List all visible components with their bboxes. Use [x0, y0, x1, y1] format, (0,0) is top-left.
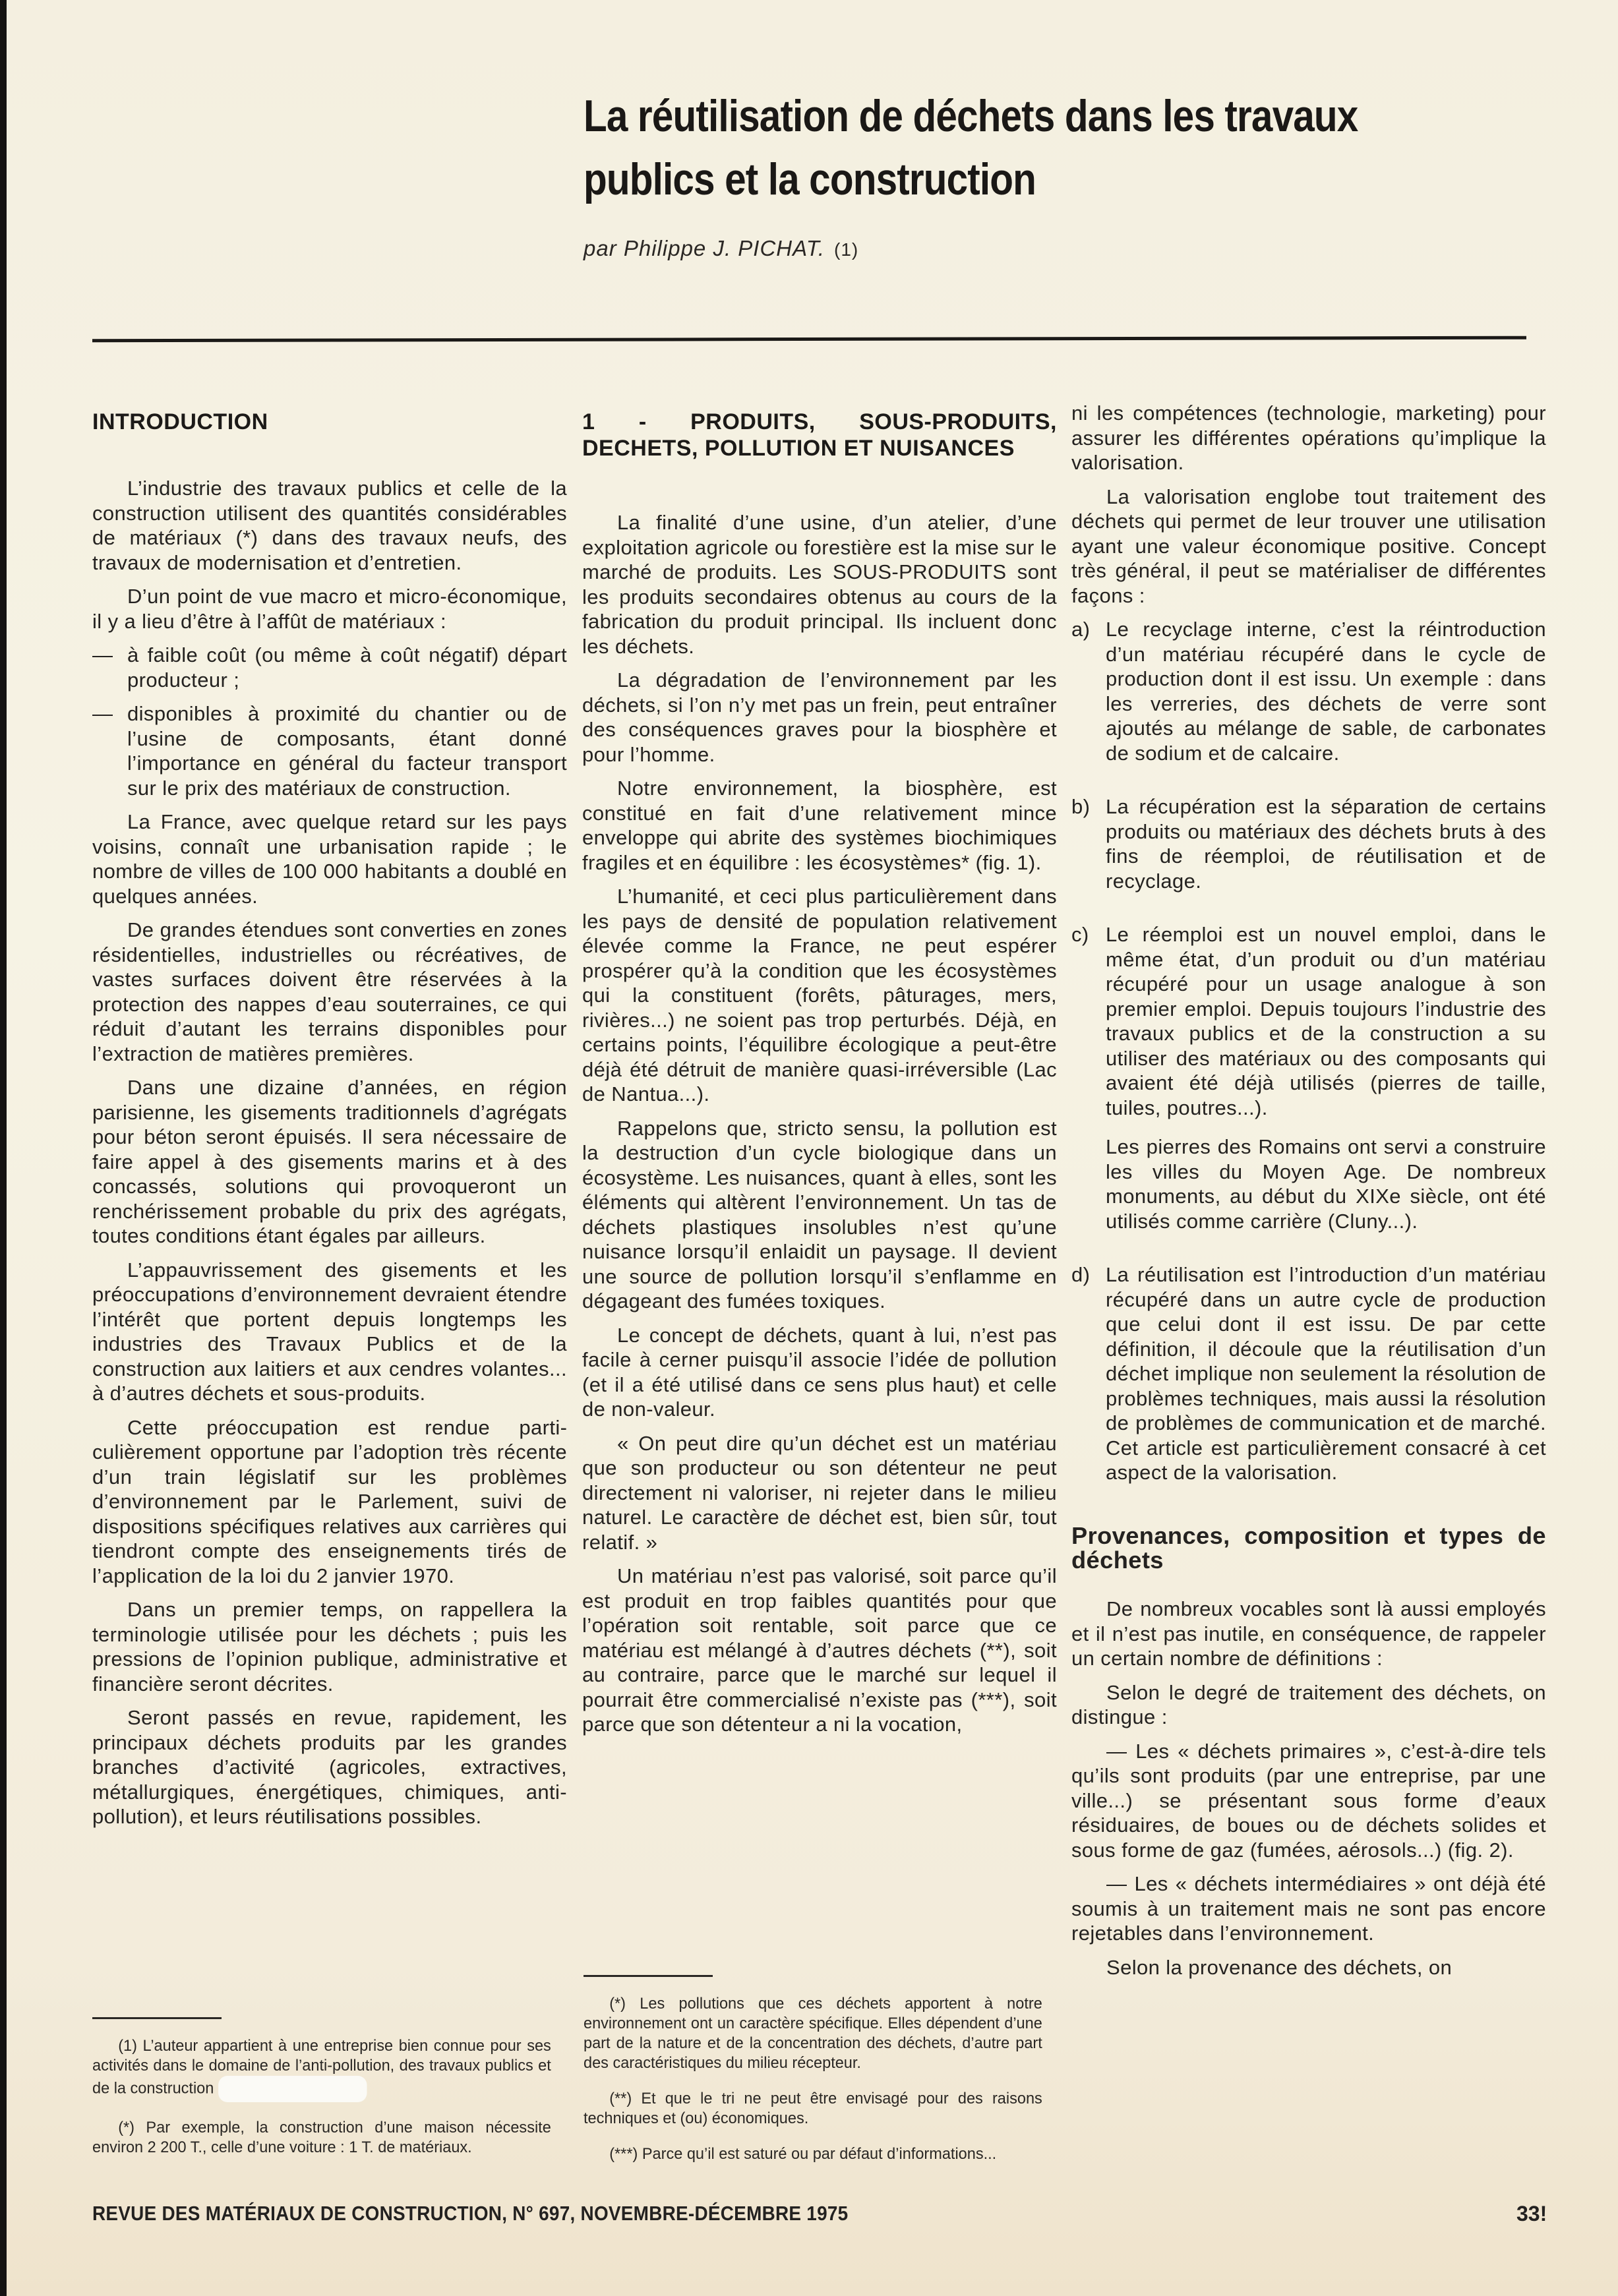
list-item-text: disponibles à proximité du chantier ou d…	[127, 701, 567, 800]
section-heading-produits: 1 - PRODUITS, SOUS-PRODUITS, DECHETS, PO…	[582, 409, 1057, 461]
paragraph: — Les « déchets intermédiaires » ont déj…	[1071, 1871, 1546, 1946]
list-item-d: d) La réutilisation est l’introduction d…	[1071, 1262, 1546, 1500]
list-marker: c)	[1071, 922, 1106, 1248]
column-produits: 1 - PRODUITS, SOUS-PRODUITS, DECHETS, PO…	[582, 409, 1057, 1746]
paragraph: « On peut dire qu’un déchet est un matér…	[582, 1431, 1057, 1555]
article-byline: par Philippe J. PICHAT.(1)	[584, 236, 858, 261]
list-item: — à faible coût (ou même à coût négatif)…	[92, 643, 567, 692]
paragraph: Dans un premier temps, on rappellera la …	[92, 1597, 567, 1696]
paragraph: Un matériau n’est pas valorisé, soit par…	[582, 1564, 1057, 1737]
author-name: par Philippe J. PICHAT.	[584, 236, 825, 260]
journal-footer: REVUE DES MATÉRIAUX DE CONSTRUCTION, N° …	[92, 2202, 848, 2225]
page-number: 33!	[1516, 2202, 1547, 2226]
paragraph: Rappelons que, stricto sensu, la pollu­t…	[582, 1116, 1057, 1314]
footnote-rule	[584, 1975, 713, 1977]
paragraph: La valorisation englobe tout traitement …	[1071, 485, 1546, 608]
column-introduction: INTRODUCTION L’industrie des travaux pub…	[92, 409, 567, 1839]
paragraph: D’un point de vue macro et micro-économi…	[92, 584, 567, 633]
paragraph: ni les compétences (technologie, marketi…	[1071, 401, 1546, 475]
footnote-rule	[92, 2017, 222, 2019]
article-title: La réutilisation de déchets dans les tra…	[584, 84, 1412, 211]
subsection-heading-provenances: Provenances, composition et types de déc…	[1071, 1523, 1546, 1573]
dash-bullet: —	[92, 643, 127, 692]
dash-bullet: —	[92, 701, 127, 800]
list-item-text: La réutilisation est l’introduction d’un…	[1106, 1262, 1546, 1485]
paragraph: La dégradation de l’environnement par le…	[582, 668, 1057, 767]
paragraph: L’industrie des travaux publics et celle…	[92, 476, 567, 575]
footnotes-middle: (*) Les pollutions que ces déchets appor…	[584, 1975, 1042, 2180]
list-marker: d)	[1071, 1262, 1106, 1500]
list-item-text: Les pierres des Romains ont servi a cons…	[1106, 1134, 1546, 1233]
paragraph: De nombreux vocables sont là aussi emplo…	[1071, 1597, 1546, 1671]
author-footnote-ref: (1)	[834, 239, 858, 260]
list-item: — disponibles à proximité du chantier ou…	[92, 701, 567, 800]
scan-edge	[0, 0, 7, 2296]
redacted-area	[218, 2076, 367, 2102]
paragraph: — Les « déchets primaires », c’est-à-dir…	[1071, 1739, 1546, 1863]
list-item-text: Le recyclage interne, c’est la réintro­d…	[1106, 617, 1546, 765]
paragraph: Le concept de déchets, quant à lui, n’es…	[582, 1323, 1057, 1422]
list-marker: a)	[1071, 617, 1106, 780]
paragraph: L’appauvrissement des gisements et les p…	[92, 1258, 567, 1406]
list-item-c: c) Le réemploi est un nouvel emploi, dan…	[1071, 922, 1546, 1248]
footnote-pollutions: (*) Les pollutions que ces déchets appor…	[584, 1994, 1042, 2073]
list-marker: b)	[1071, 794, 1106, 908]
footnote-sature: (***) Parce qu’il est saturé ou par défa…	[584, 2144, 1042, 2164]
paragraph: Cette préoccupation est rendue parti­cul…	[92, 1415, 567, 1589]
paragraph: Seront passés en revue, rapidement, les …	[92, 1705, 567, 1829]
list-item-b: b) La récupération est la séparation de …	[1071, 794, 1546, 908]
paragraph: L’humanité, et ceci plus particulièremen…	[582, 884, 1057, 1107]
footnote-author: (1) L’auteur appartient à une entreprise…	[92, 2036, 551, 2102]
paragraph: La France, avec quelque retard sur les p…	[92, 809, 567, 908]
footnote-tri: (**) Et que le tri ne peut être envisagé…	[584, 2089, 1042, 2129]
paragraph: Selon la provenance des déchets, on	[1071, 1955, 1546, 1980]
paragraph: Dans une dizaine d’années, en région par…	[92, 1075, 567, 1249]
list-item-text: La récupération est la séparation de cer…	[1106, 794, 1546, 893]
list-item-a: a) Le recyclage interne, c’est la réintr…	[1071, 617, 1546, 780]
section-heading-introduction: INTRODUCTION	[92, 409, 567, 435]
footnote-materials: (*) Par exemple, la construction d’une m…	[92, 2118, 551, 2158]
column-valorisation: ni les compétences (technologie, marketi…	[1071, 401, 1546, 1989]
paragraph: Notre environnement, la biosphère, est c…	[582, 776, 1057, 875]
list-item-text: Le réemploi est un nouvel emploi, dans l…	[1106, 922, 1546, 1120]
footnotes-left: (1) L’auteur appartient à une entreprise…	[92, 2017, 551, 2173]
paragraph: La finalité d’une usine, d’un atelier, d…	[582, 510, 1057, 659]
list-item-text: à faible coût (ou même à coût négatif) d…	[127, 643, 567, 692]
paragraph: De grandes étendues sont converties en z…	[92, 918, 567, 1066]
paragraph: Selon le degré de traitement des dé­chet…	[1071, 1680, 1546, 1730]
